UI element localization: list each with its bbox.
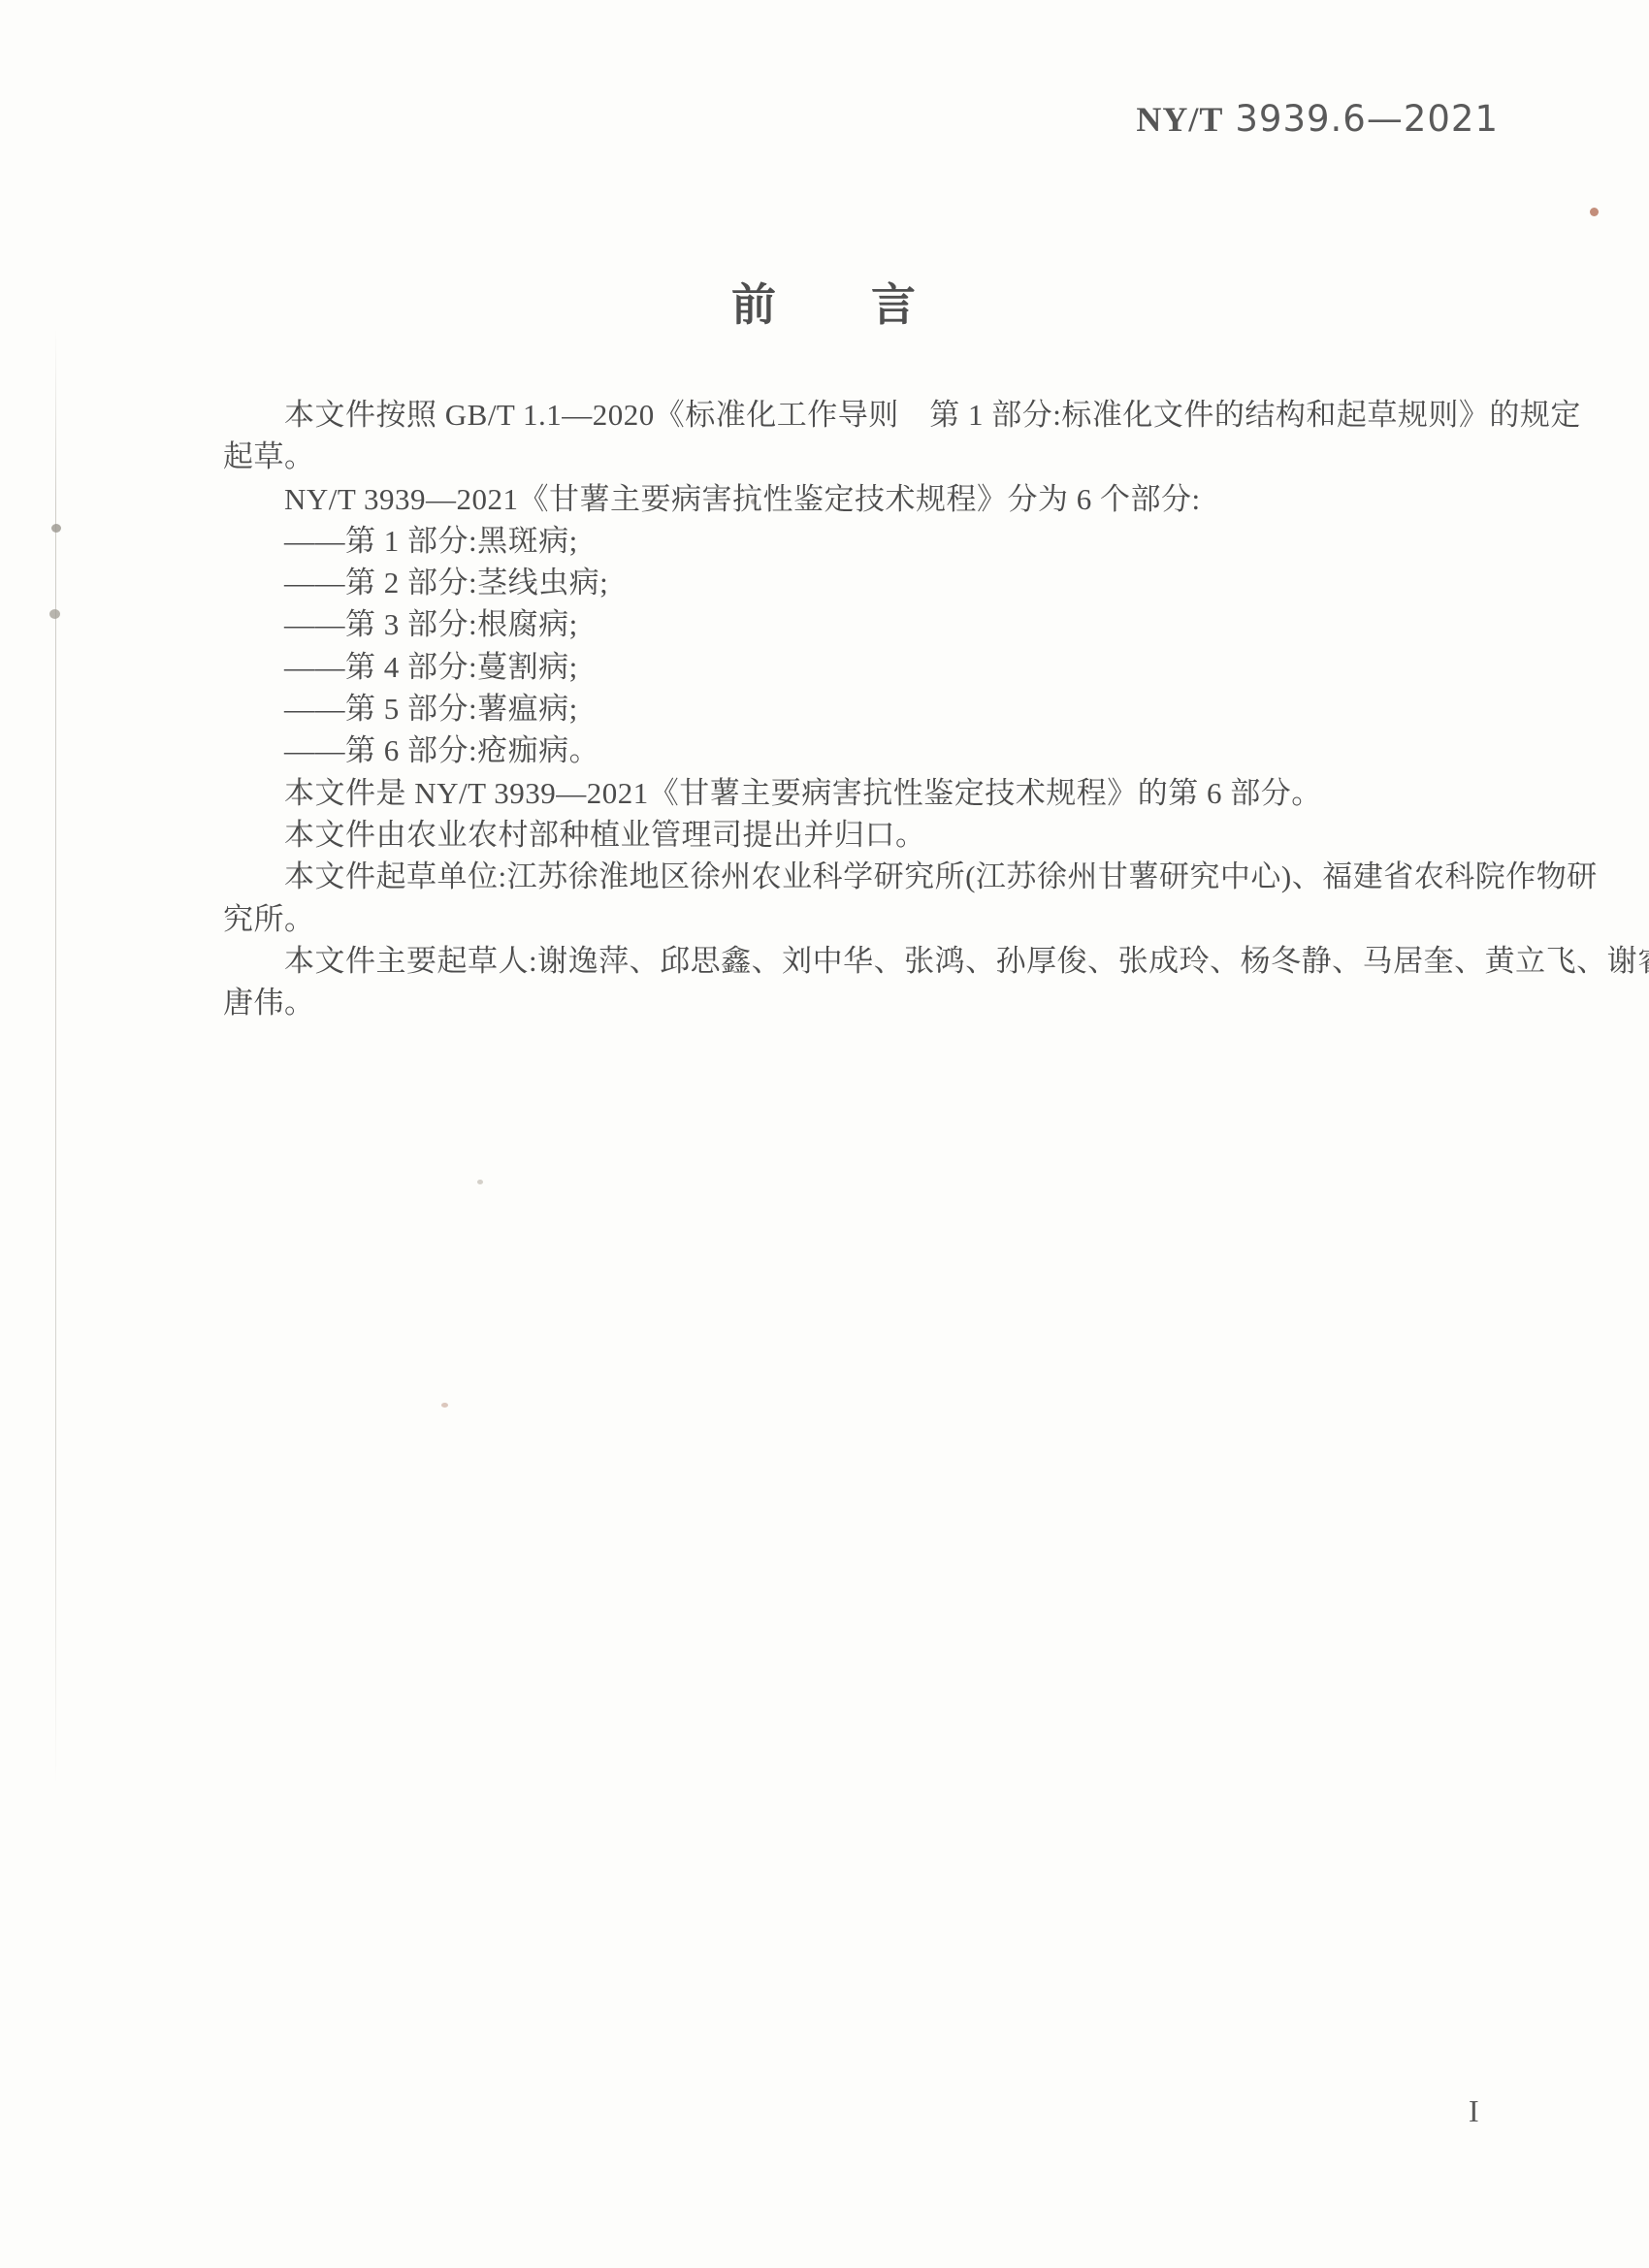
scan-speck bbox=[477, 1180, 483, 1184]
body-line: 本文件按照 GB/T 1.1—2020《标准化工作导则 第 1 部分:标准化文件… bbox=[223, 394, 1513, 436]
body-line: ——第 5 部分:薯瘟病; bbox=[223, 688, 1513, 729]
scan-speck bbox=[51, 524, 61, 533]
body-line: ——第 3 部分:根腐病; bbox=[223, 603, 1513, 645]
body-line: 本文件由农业农村部种植业管理司提出并归口。 bbox=[223, 814, 1513, 856]
body-line: 本文件起草单位:江苏徐淮地区徐州农业科学研究所(江苏徐州甘薯研究中心)、福建省农… bbox=[223, 856, 1513, 897]
body-line: ——第 1 部分:黑斑病; bbox=[223, 520, 1513, 562]
body-line: 本文件是 NY/T 3939—2021《甘薯主要病害抗性鉴定技术规程》的第 6 … bbox=[223, 772, 1513, 814]
scan-speck bbox=[441, 1403, 448, 1408]
standard-code-header: NY/T3939.6—2021 bbox=[1136, 98, 1499, 140]
foreword-body: 本文件按照 GB/T 1.1—2020《标准化工作导则 第 1 部分:标准化文件… bbox=[223, 394, 1513, 1023]
page-number: I bbox=[1469, 2093, 1479, 2129]
scan-speck bbox=[49, 609, 60, 619]
body-line: ——第 2 部分:茎线虫病; bbox=[223, 562, 1513, 603]
body-line: 唐伟。 bbox=[223, 982, 1513, 1023]
body-line: ——第 4 部分:蔓割病; bbox=[223, 646, 1513, 688]
scan-edge-line bbox=[55, 330, 56, 1785]
body-line: 究所。 bbox=[223, 898, 1513, 940]
body-line: NY/T 3939—2021《甘薯主要病害抗性鉴定技术规程》分为 6 个部分: bbox=[223, 478, 1513, 520]
body-line: ——第 6 部分:疮痂病。 bbox=[223, 729, 1513, 771]
scan-speck bbox=[1590, 208, 1599, 216]
body-line: 起草。 bbox=[223, 436, 1513, 477]
document-page: NY/T3939.6—2021 前 言 本文件按照 GB/T 1.1—2020《… bbox=[0, 0, 1649, 2268]
standard-code-prefix: NY/T bbox=[1136, 100, 1223, 139]
standard-code-number: 3939.6—2021 bbox=[1235, 98, 1499, 140]
page-title: 前 言 bbox=[0, 270, 1649, 334]
body-line: 本文件主要起草人:谢逸萍、邱思鑫、刘中华、张鸿、孙厚俊、张成玲、杨冬静、马居奎、… bbox=[223, 940, 1513, 982]
